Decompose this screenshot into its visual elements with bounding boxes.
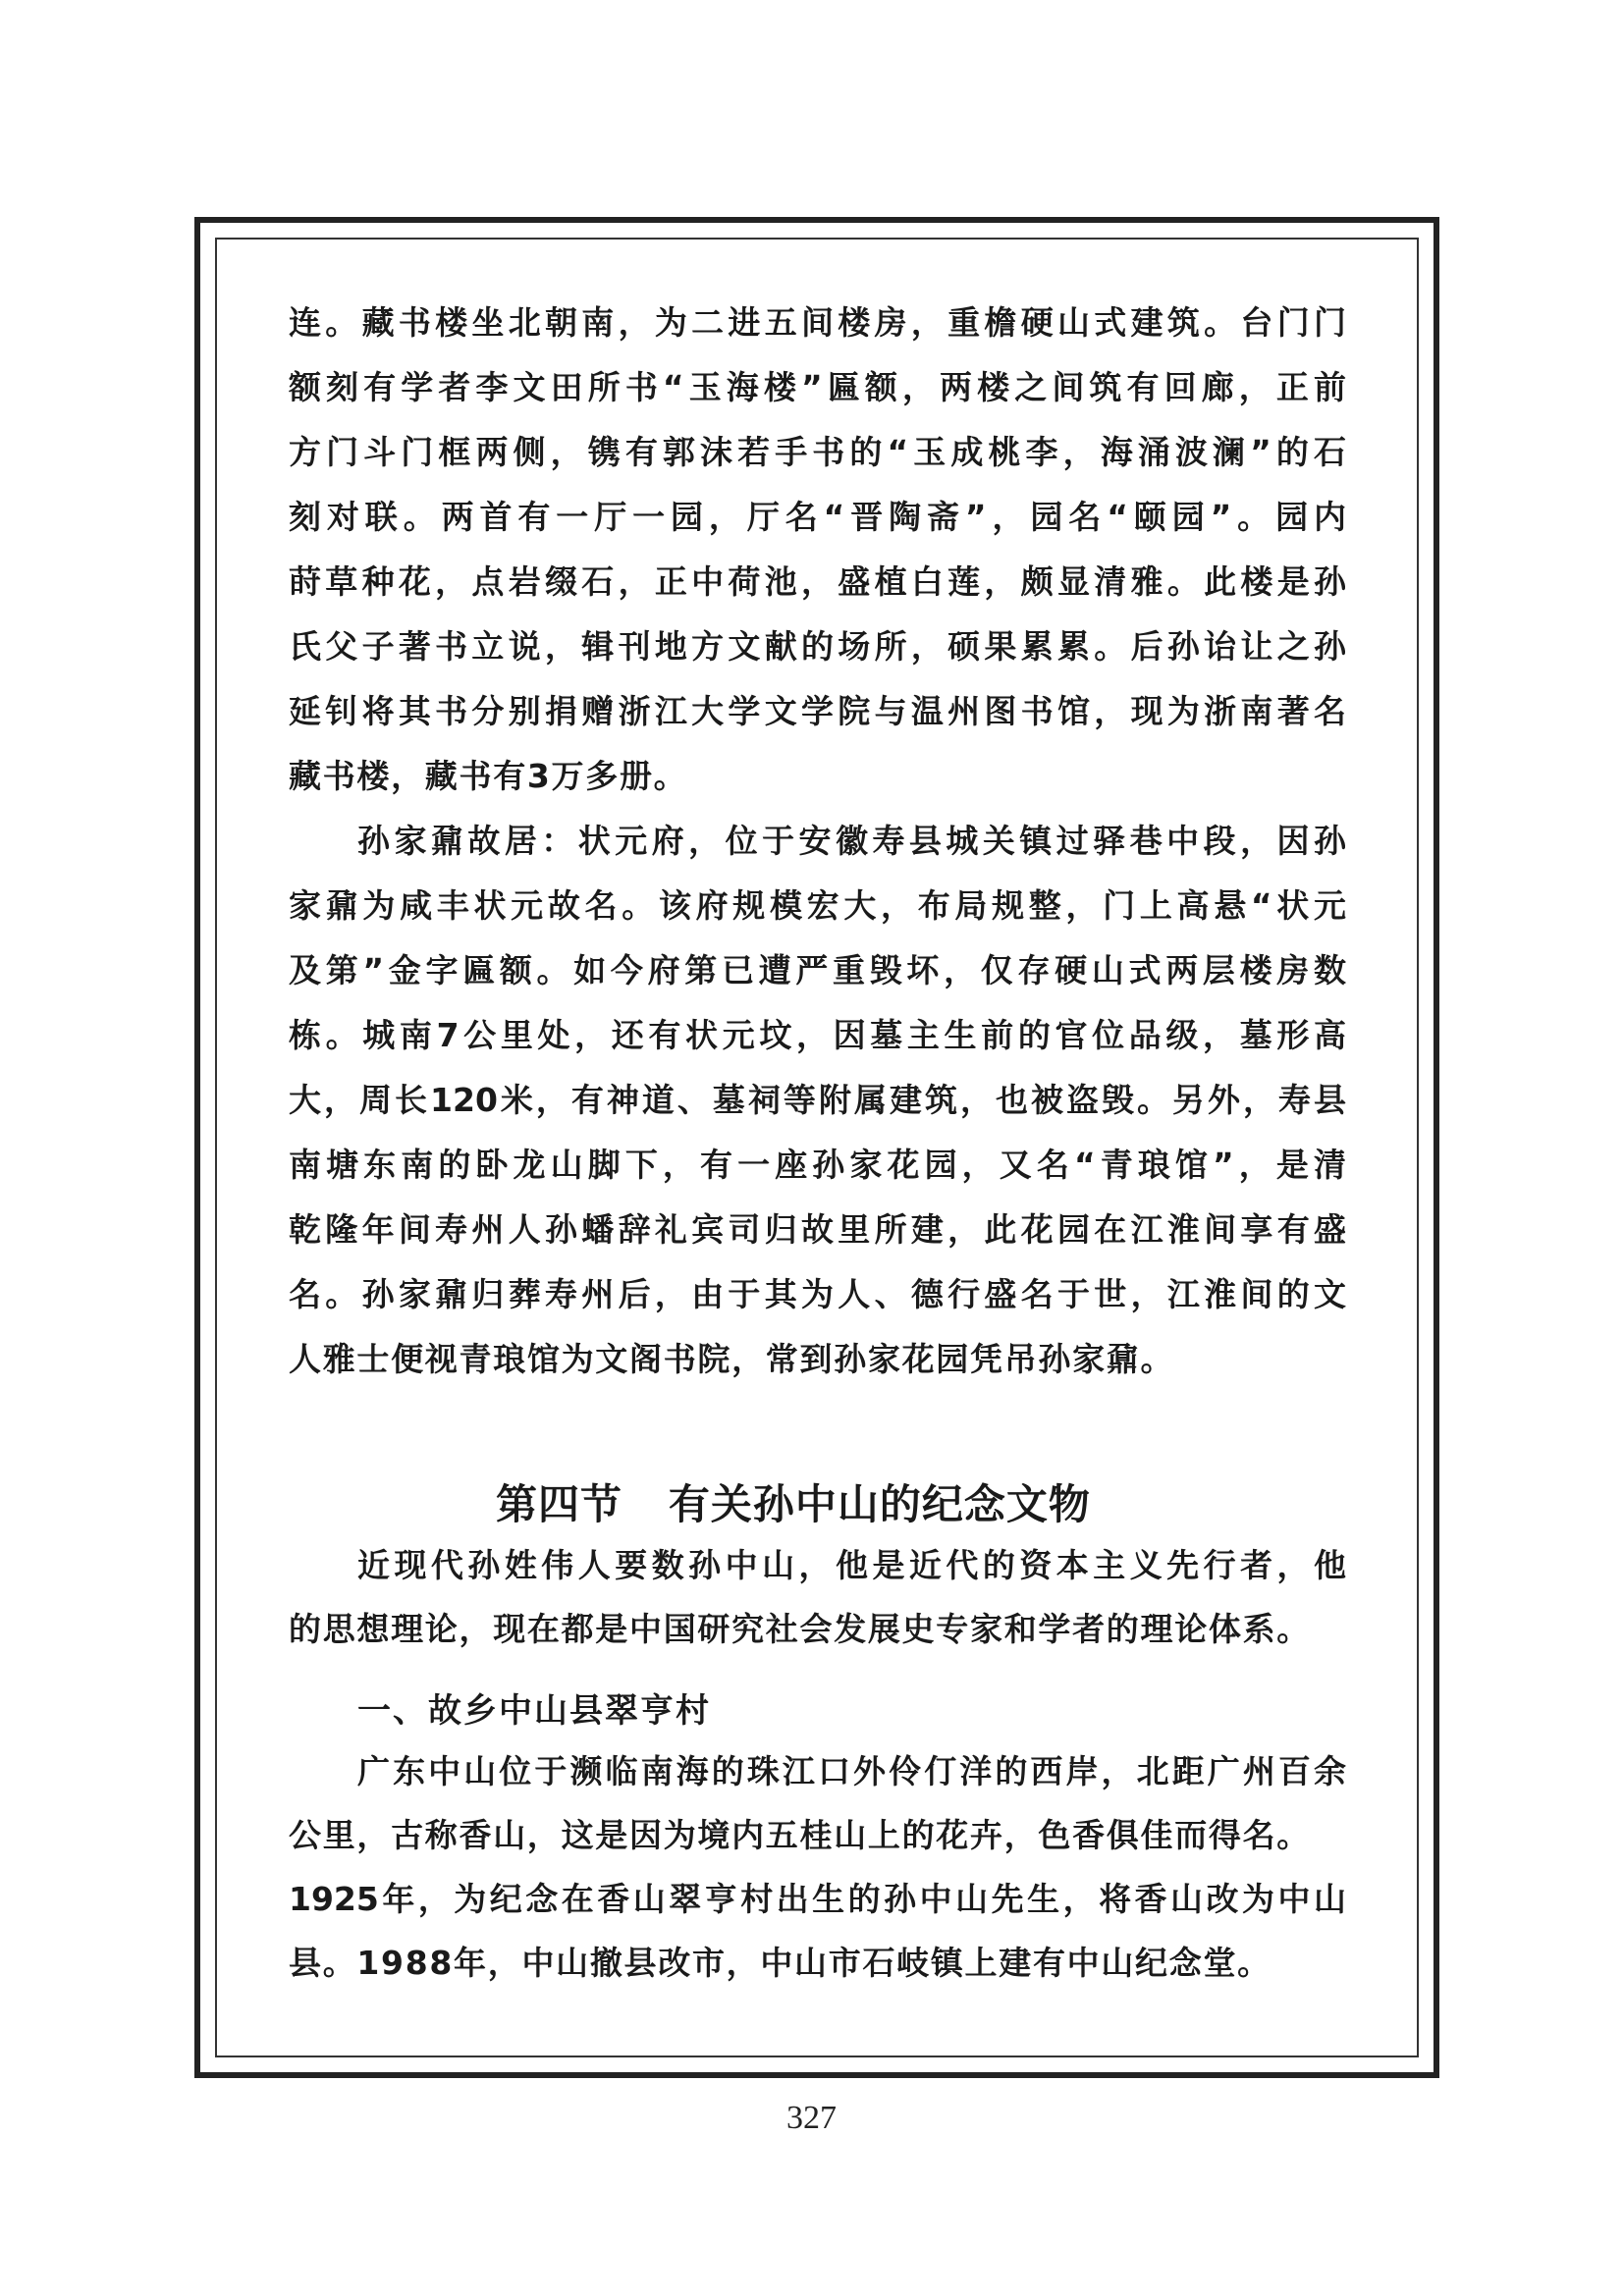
paragraph-line: 大，周长120米，有神道、墓祠等附属建筑，也被盗毁。另外，寿县 [289,1081,1346,1120]
paragraph-line: 刻对联。两首有一厅一园，厅名“晋陶斋”，园名“颐园”。园内 [289,498,1346,537]
paragraph-line: 栋。城南7公里处，还有状元坟，因墓主生前的官位品级，墓形高 [289,1016,1346,1055]
paragraph-line-first: 孙家鼐故居：状元府，位于安徽寿县城关镇过驿巷中段，因孙 [357,822,1346,861]
section-intro-line-last: 的思想理论，现在都是中国研究社会发展史专家和学者的理论体系。 [289,1610,1311,1649]
paragraph-line: 南塘东南的卧龙山脚下，有一座孙家花园，又名“青琅馆”，是清 [289,1146,1346,1185]
section-intro-line-first: 近现代孙姓伟人要数孙中山，他是近代的资本主义先行者，他 [357,1546,1346,1585]
paragraph-line: 方门斗门框两侧，镌有郭沫若手书的“玉成桃李，海涌波澜”的石 [289,433,1346,472]
paragraph-line: 氏父子著书立说，辑刊地方文献的场所，硕果累累。后孙诒让之孙 [289,627,1346,667]
subsection-line-last: 县。1988年，中山撤县改市，中山市石岐镇上建有中山纪念堂。 [289,1944,1271,1983]
subsection-line-first: 广东中山位于濒临南海的珠江口外伶仃洋的西岸，北距广州百余 [357,1752,1346,1791]
subsection-line: 1925年，为纪念在香山翠亨村出生的孙中山先生，将香山改为中山 [289,1880,1346,1919]
page-number: 327 [0,2099,1623,2138]
section-heading: 第四节 有关孙中山的纪念文物 [496,1480,1144,1529]
paragraph-line: 莳草种花，点岩缀石，正中荷池，盛植白莲，颇显清雅。此楼是孙 [289,562,1346,602]
paragraph-line: 名。孙家鼐归葬寿州后，由于其为人、德行盛名于世，江淮间的文 [289,1275,1346,1314]
paragraph-line: 连。藏书楼坐北朝南，为二进五间楼房，重檐硬山式建筑。台门门 [289,303,1346,343]
paragraph-line: 家鼐为咸丰状元故名。该府规模宏大，布局规整，门上高悬“状元 [289,886,1346,926]
paragraph-line-last: 人雅士便视青琅馆为文阁书院，常到孙家花园凭吊孙家鼐。 [289,1340,1174,1379]
paragraph-line-last: 藏书楼，藏书有3万多册。 [289,757,687,796]
paragraph-line: 及第”金字匾额。如今府第已遭严重毁坏，仅存硬山式两层楼房数 [289,951,1346,990]
paragraph-line: 延钊将其书分别捐赠浙江大学文学院与温州图书馆，现为浙南著名 [289,692,1346,731]
subsection-line: 公里，古称香山，这是因为境内五桂山上的花卉，色香俱佳而得名。 [289,1816,1311,1855]
paragraph-line: 乾隆年间寿州人孙蟠辞礼宾司归故里所建，此花园在江淮间享有盛 [289,1210,1346,1250]
subsection-heading: 一、故乡中山县翠亨村 [357,1689,711,1733]
paragraph-line: 额刻有学者李文田所书“玉海楼”匾额，两楼之间筑有回廊，正前 [289,368,1346,407]
